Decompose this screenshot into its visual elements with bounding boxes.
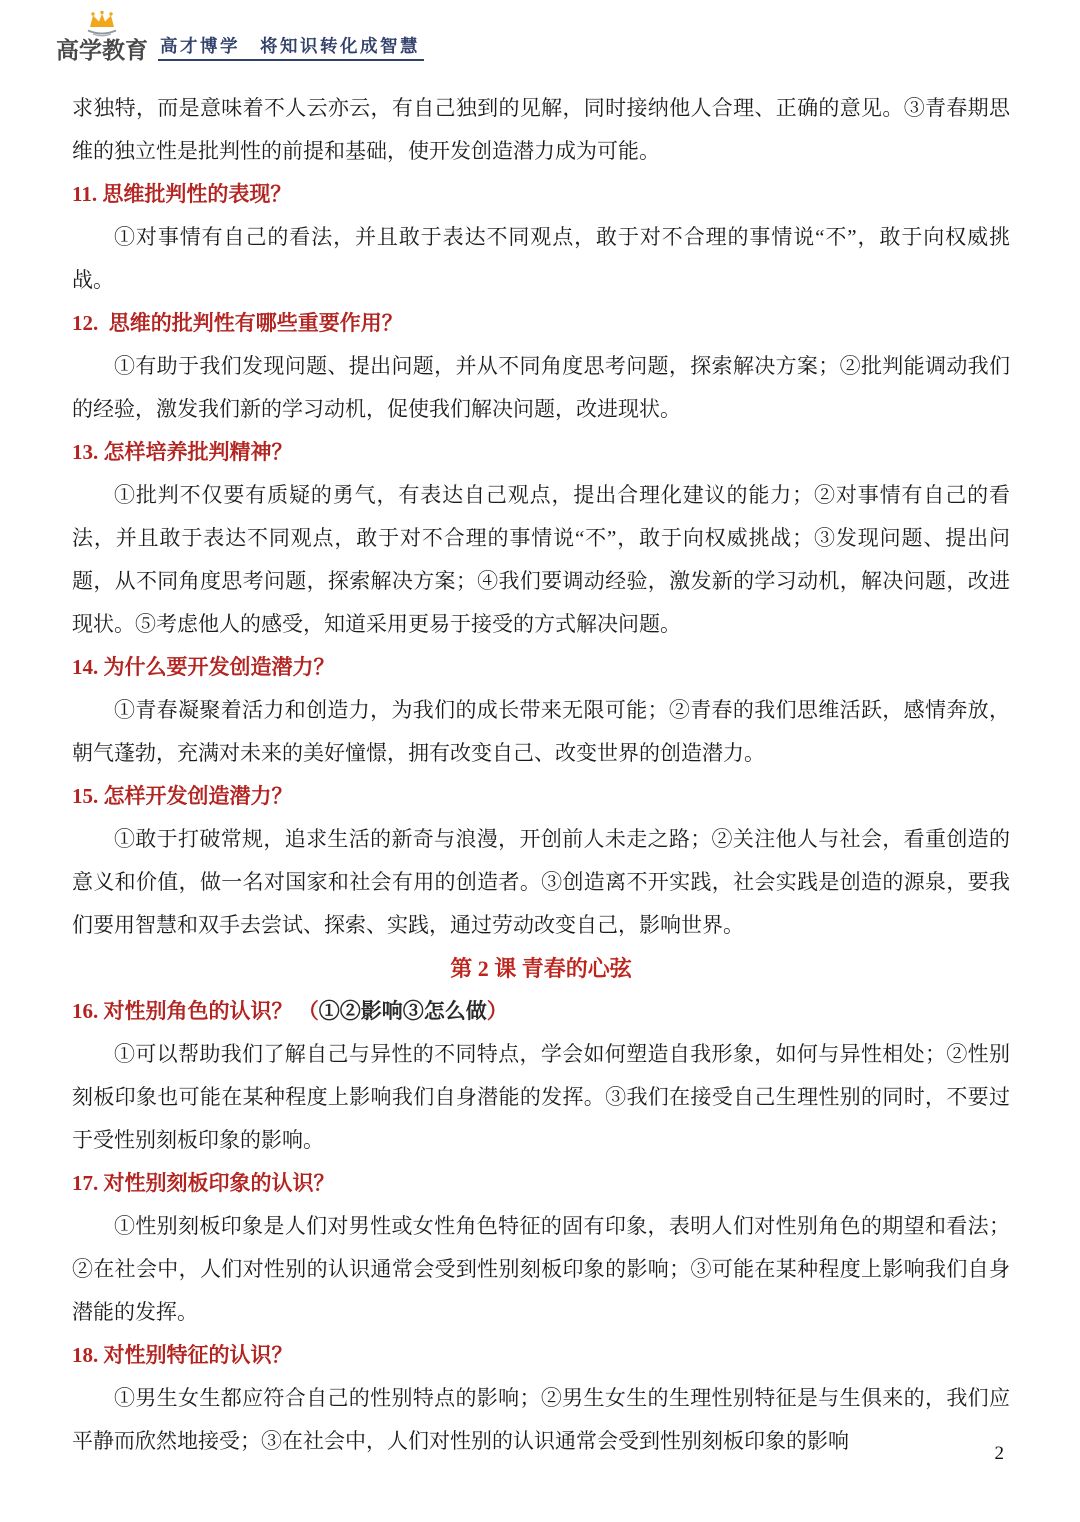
question-16-heading-note: ①②影响③怎么做 — [319, 999, 487, 1023]
question-15-answer: ①敢于打破常规，追求生活的新奇与浪漫，开创前人未走之路；②关注他人与社会，看重创… — [72, 818, 1010, 947]
question-13-answer: ①批判不仅要有质疑的勇气，有表达自己观点，提出合理化建议的能力；②对事情有自己的… — [72, 474, 1010, 646]
question-12-answer: ①有助于我们发现问题、提出问题，并从不同角度思考问题，探索解决方案；②批判能调动… — [72, 345, 1010, 431]
logo-text: 高学教育 — [56, 38, 148, 62]
lesson-2-title: 第 2 课 青春的心弦 — [72, 947, 1010, 990]
question-12-heading: 12. 思维的批判性有哪些重要作用？ — [72, 302, 1010, 345]
question-16-heading: 16. 对性别角色的认识？ （①②影响③怎么做） — [72, 990, 1010, 1033]
question-18-answer: ①男生女生都应符合自己的性别特点的影响；②男生女生的生理性别特征是与生俱来的，我… — [72, 1377, 1010, 1463]
continued-paragraph: 求独特，而是意味着不人云亦云，有自己独到的见解，同时接纳他人合理、正确的意见。③… — [72, 87, 1010, 173]
question-17-answer: ①性别刻板印象是人们对男性或女性角色特征的固有印象，表明人们对性别角色的期望和看… — [72, 1205, 1010, 1334]
question-11-answer: ①对事情有自己的看法，并且敢于表达不同观点，敢于对不合理的事情说“不”，敢于向权… — [72, 216, 1010, 302]
document-content: 求独特，而是意味着不人云亦云，有自己独到的见解，同时接纳他人合理、正确的意见。③… — [72, 87, 1010, 1463]
question-14-answer: ①青春凝聚着活力和创造力，为我们的成长带来无限可能；②青春的我们思维活跃，感情奔… — [72, 689, 1010, 775]
page-number: 2 — [995, 1442, 1005, 1466]
question-15-heading: 15. 怎样开发创造潜力？ — [72, 775, 1010, 818]
header-tagline: 高才博学 将知识转化成智慧 — [158, 35, 424, 61]
question-11-heading: 11. 思维批判性的表现？ — [72, 173, 1010, 216]
crown-logo-icon — [84, 10, 120, 37]
question-17-heading: 17. 对性别刻板印象的认识？ — [72, 1162, 1010, 1205]
logo: 高学教育 — [56, 10, 148, 62]
document-page: 高学教育 高才博学 将知识转化成智慧 求独特，而是意味着不人云亦云，有自己独到的… — [0, 0, 1080, 1522]
question-16-heading-close: ） — [487, 999, 508, 1023]
page-header: 高学教育 高才博学 将知识转化成智慧 — [56, 10, 424, 62]
question-13-heading: 13. 怎样培养批判精神？ — [72, 431, 1010, 474]
question-16-answer: ①可以帮助我们了解自己与异性的不同特点，学会如何塑造自我形象，如何与异性相处；②… — [72, 1033, 1010, 1162]
question-18-heading: 18. 对性别特征的认识？ — [72, 1334, 1010, 1377]
question-14-heading: 14. 为什么要开发创造潜力？ — [72, 646, 1010, 689]
question-16-heading-main: 16. 对性别角色的认识？ （ — [72, 999, 319, 1023]
